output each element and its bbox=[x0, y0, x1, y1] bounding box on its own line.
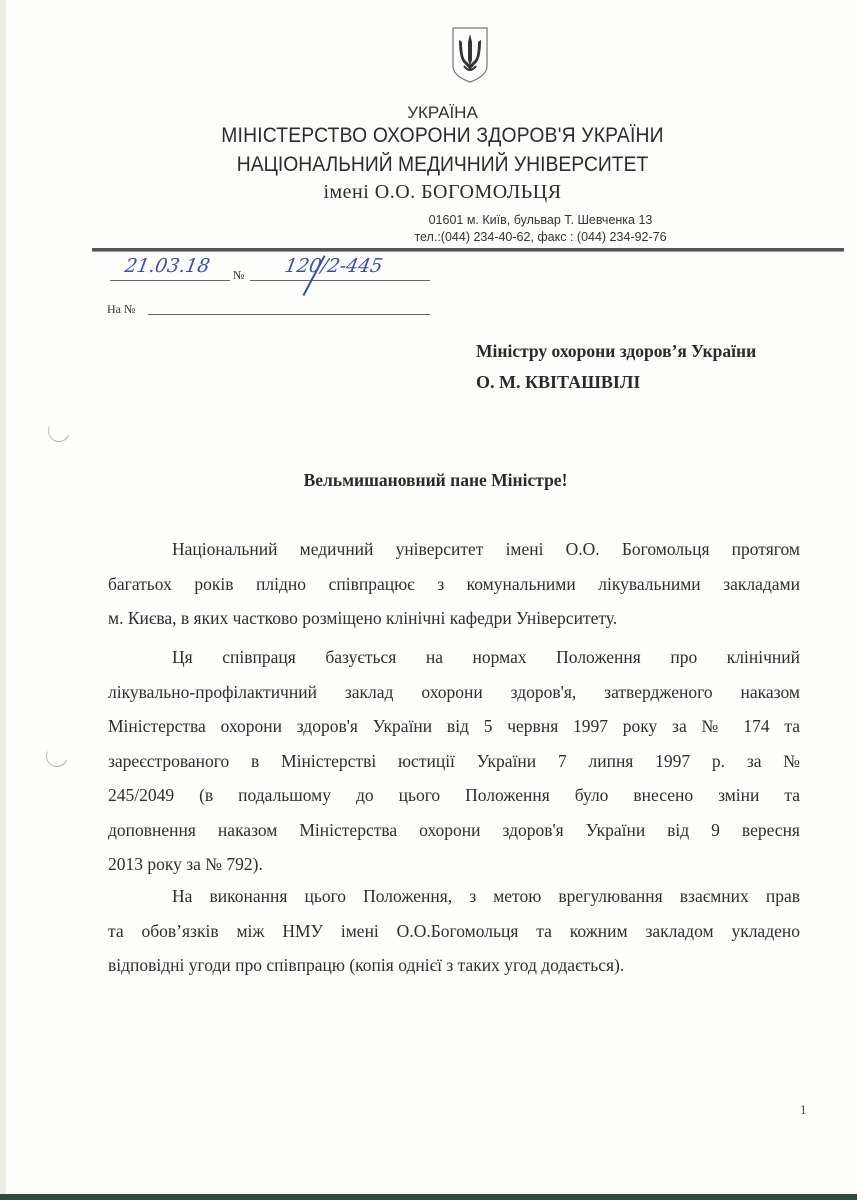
scan-edge-left bbox=[0, 0, 6, 1200]
letterhead-country: УКРАЇНА bbox=[14, 103, 857, 123]
text-line: доповнення наказом Міністерства охорони … bbox=[108, 813, 800, 848]
letterhead-named-after: імені О.О. БОГОМОЛЬЦЯ bbox=[14, 181, 857, 204]
addressee-name: О. М. КВІТАШВІЛІ bbox=[476, 372, 640, 393]
body-paragraph-1: Національний медичний університет імені … bbox=[108, 532, 800, 636]
date-field-line bbox=[110, 280, 230, 281]
text-line: Ця співпраця базується на нормах Положен… bbox=[108, 640, 800, 675]
text-line: м. Києва, в яких частково розміщено клін… bbox=[108, 601, 800, 636]
letterhead-phone: тел.:(044) 234-40-62, факс : (044) 234-9… bbox=[112, 230, 857, 244]
letterhead-ministry: МІНІСТЕРСТВО ОХОРОНИ ЗДОРОВ'Я УКРАЇНИ bbox=[48, 124, 836, 148]
letterhead-divider bbox=[92, 248, 844, 252]
text-line: 245/2049 (в подальшому до цього Положенн… bbox=[108, 778, 800, 813]
handwritten-outgoing-number: 120/2-445 bbox=[283, 255, 384, 277]
page-number: 1 bbox=[800, 1102, 807, 1118]
body-paragraph-2: Ця співпраця базується на нормах Положен… bbox=[108, 640, 800, 882]
reply-to-label: На № bbox=[107, 302, 135, 317]
text-line: багатьох років плідно співпрацює з комун… bbox=[108, 567, 800, 602]
body-paragraph-3: На виконання цього Положення, з метою вр… bbox=[108, 879, 800, 983]
text-line: 2013 року за № 792). bbox=[108, 847, 800, 882]
punch-hole-mark bbox=[45, 417, 73, 445]
letterhead-university: НАЦІОНАЛЬНИЙ МЕДИЧНИЙ УНІВЕРСИТЕТ bbox=[48, 153, 836, 177]
text-line: На виконання цього Положення, з метою вр… bbox=[108, 879, 800, 914]
text-line: та обов’язків між НМУ імені О.О.Богомоль… bbox=[108, 914, 800, 949]
text-line: зареєстрованого в Міністерстві юстиції У… bbox=[108, 744, 800, 779]
punch-hole-mark bbox=[43, 742, 71, 770]
scan-edge-bottom bbox=[0, 1194, 857, 1200]
text-line: відповідні угоди про співпрацю (копія од… bbox=[108, 948, 800, 983]
text-line: Національний медичний університет імені … bbox=[108, 532, 800, 567]
text-line: Міністерства охорони здоров'я України ві… bbox=[108, 709, 800, 744]
number-sign-label: № bbox=[233, 268, 244, 283]
coat-of-arms-icon bbox=[451, 26, 489, 84]
salutation: Вельмишановний пане Міністре! bbox=[0, 470, 857, 491]
number-field-line bbox=[250, 280, 430, 281]
handwritten-date: 21.03.18 bbox=[123, 255, 211, 277]
letterhead-address: 01601 м. Київ, бульвар Т. Шевченка 13 bbox=[112, 213, 857, 227]
addressee-title: Міністру охорони здоров’я України bbox=[476, 341, 756, 362]
letter-page: УКРАЇНА МІНІСТЕРСТВО ОХОРОНИ ЗДОРОВ'Я УК… bbox=[0, 0, 857, 1200]
reply-to-field-line bbox=[148, 314, 430, 315]
text-line: лікувально-профілактичний заклад охорони… bbox=[108, 675, 800, 710]
